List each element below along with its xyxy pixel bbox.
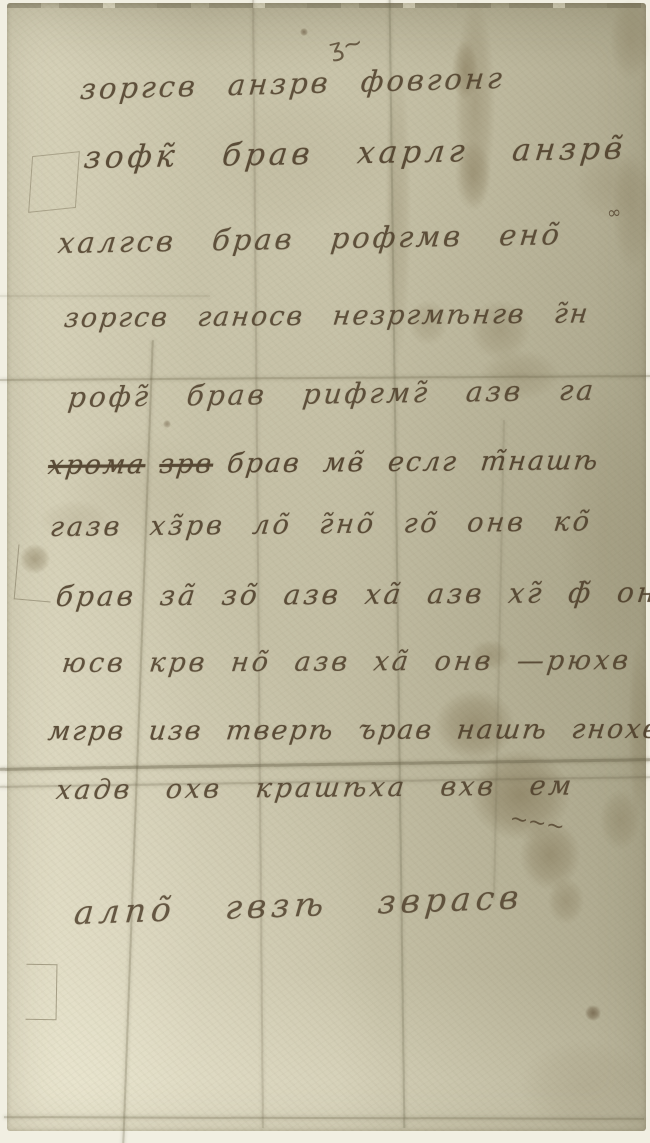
paper-stain [585,1005,601,1021]
fold-crease [0,758,650,770]
paper-stain [548,878,584,924]
margin-doodle [28,151,80,213]
handwriting-line: рофг̃ брав рифгмг̃ азв га [66,374,597,414]
ink-flourish: ∞ [606,203,622,224]
handwriting-line: хадв охв крашѣха вхв ем [54,770,575,806]
handwriting-line: брав за̃ зо̃ азв ха̃ азв хг̃ ф̃ онг [54,576,650,613]
paper-stain [20,544,50,574]
fold-crease [0,295,210,297]
struck-word: зрв [158,449,215,481]
handwriting-line: мгрв изв тверѣ ърав нашѣ гнохв [46,714,650,747]
paper-stain [455,0,495,210]
handwriting-line: хромазрвбрав мв̃ еслг т̃нашѣ [46,445,615,481]
ink-flourish: ʒ~ [326,28,366,63]
handwriting-segment: брав мв̃ еслг т̃нашѣ [225,445,601,479]
paper-stain [600,790,640,850]
photograph-frame: зоргсв анзрв фовгонгзофк̃ брав харлг анз… [0,0,650,1143]
handwriting-line: халгсв брав рофгмв ено̃ [56,217,564,260]
struck-word: хрома [46,449,147,481]
paper-stain [300,28,308,36]
margin-doodle [14,544,56,602]
paper-stain [610,0,650,80]
handwriting-line: алпо̃ гвзѣ зврасв [73,877,526,932]
handwriting-line: зоргсв анзрв фовгонг [79,61,507,106]
ink-layer: зоргсв анзрв фовгонгзофк̃ брав харлг анз… [0,0,650,1143]
fold-crease [4,1116,644,1120]
ink-flourish: ~~~ [508,806,567,840]
paper-stain [163,420,171,428]
margin-doodle [26,964,58,1021]
handwriting-line: зофк̃ брав харлг анзрв̃ [82,131,628,177]
paper-stain [520,1040,650,1130]
handwriting-line: юсв крв но̃ азв ха̃ онв —рюхв ърав [60,644,650,679]
handwriting-line: зоргсв ганосв незргмѣнгв г̃н [62,298,591,334]
handwriting-line: газв хз̃рв ло̃ г̃но̃ го̃ онв ко̃ [49,506,594,543]
